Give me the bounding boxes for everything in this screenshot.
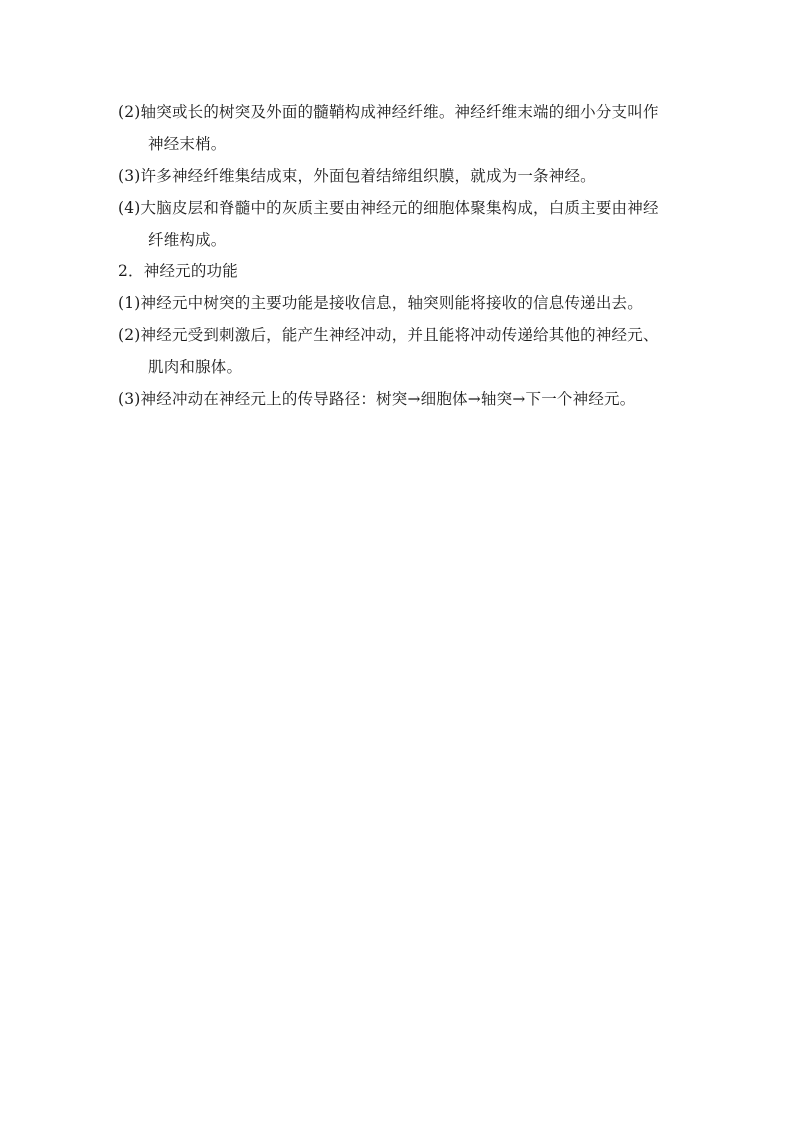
paragraph-structure-2-cont: 神经末梢。 <box>148 134 227 154</box>
section-heading-function: 2．神经元的功能 <box>118 261 238 281</box>
paragraph-structure-4: (4)大脑皮层和脊髓中的灰质主要由神经元的细胞体聚集构成，白质主要由神经 <box>118 198 659 218</box>
paragraph-function-2: (2)神经元受到刺激后，能产生神经冲动，并且能将冲动传递给其他的神经元、 <box>118 325 659 345</box>
paragraph-structure-4-cont: 纤维构成。 <box>148 230 227 250</box>
paragraph-structure-2: (2)轴突或长的树突及外面的髓鞘构成神经纤维。神经纤维末端的细小分支叫作 <box>118 102 659 122</box>
paragraph-function-1: (1)神经元中树突的主要功能是接收信息，轴突则能将接收的信息传递出去。 <box>118 293 643 313</box>
document-page: (2)轴突或长的树突及外面的髓鞘构成神经纤维。神经纤维末端的细小分支叫作 神经末… <box>0 0 793 1122</box>
paragraph-function-2-cont: 肌肉和腺体。 <box>148 357 242 377</box>
paragraph-structure-3: (3)许多神经纤维集结成束，外面包着结缔组织膜，就成为一条神经。 <box>118 166 596 186</box>
paragraph-function-3: (3)神经冲动在神经元上的传导路径：树突→细胞体→轴突→下一个神经元。 <box>118 389 635 409</box>
